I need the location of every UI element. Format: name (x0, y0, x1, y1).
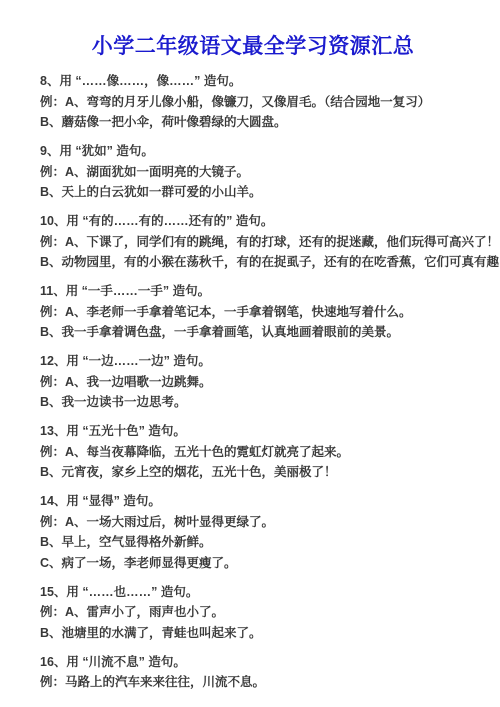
section-15: 15、用 “……也……” 造句。 例：A、雷声小了，雨声也小了。 B、池塘里的水… (40, 582, 466, 644)
section-heading: 10、用 “有的……有的……还有的” 造句。 (40, 211, 466, 232)
section-heading: 16、用 “川流不息” 造句。 (40, 652, 466, 673)
example-line: B、池塘里的水满了，青蛙也叫起来了。 (40, 623, 466, 644)
example-line: B、早上，空气显得格外新鲜。 (40, 532, 466, 553)
example-line: 例：A、一场大雨过后，树叶显得更绿了。 (40, 512, 466, 533)
example-line: 例：A、弯弯的月牙儿像小船，像镰刀，又像眉毛。（结合园地一复习） (40, 92, 466, 113)
example-line: 例：A、下课了，同学们有的跳绳，有的打球，还有的捉迷藏，他们玩得可高兴了！ (40, 232, 466, 253)
section-8: 8、用 “……像……，像……” 造句。 例：A、弯弯的月牙儿像小船，像镰刀，又像… (40, 71, 466, 133)
section-11: 11、用 “一手……一手” 造句。 例：A、李老师一手拿着笔记本，一手拿着钢笔，… (40, 281, 466, 343)
example-line: B、蘑菇像一把小伞，荷叶像碧绿的大圆盘。 (40, 112, 466, 133)
example-line: B、动物园里，有的小猴在荡秋千，有的在捉虱子，还有的在吃香蕉，它们可真有趣！ (40, 252, 466, 273)
section-heading: 9、用 “犹如” 造句。 (40, 141, 466, 162)
section-12: 12、用 “一边……一边” 造句。 例：A、我一边唱歌一边跳舞。 B、我一边读书… (40, 351, 466, 413)
example-line: B、我一边读书一边思考。 (40, 392, 466, 413)
section-heading: 13、用 “五光十色” 造句。 (40, 421, 466, 442)
section-16: 16、用 “川流不息” 造句。 例：马路上的汽车来来往往，川流不息。 (40, 652, 466, 693)
document-page: 小学二年级语文最全学习资源汇总 8、用 “……像……，像……” 造句。 例：A、… (0, 0, 500, 707)
section-heading: 8、用 “……像……，像……” 造句。 (40, 71, 466, 92)
example-line: 例：马路上的汽车来来往往，川流不息。 (40, 672, 466, 693)
example-line: 例：A、我一边唱歌一边跳舞。 (40, 372, 466, 393)
section-heading: 12、用 “一边……一边” 造句。 (40, 351, 466, 372)
example-line: 例：A、李老师一手拿着笔记本，一手拿着钢笔，快速地写着什么。 (40, 302, 466, 323)
section-10: 10、用 “有的……有的……还有的” 造句。 例：A、下课了，同学们有的跳绳，有… (40, 211, 466, 273)
section-14: 14、用 “显得” 造句。 例：A、一场大雨过后，树叶显得更绿了。 B、早上，空… (40, 491, 466, 573)
example-line: 例：A、雷声小了，雨声也小了。 (40, 602, 466, 623)
section-heading: 15、用 “……也……” 造句。 (40, 582, 466, 603)
section-13: 13、用 “五光十色” 造句。 例：A、每当夜幕降临，五光十色的霓虹灯就亮了起来… (40, 421, 466, 483)
example-line: C、病了一场，李老师显得更瘦了。 (40, 553, 466, 574)
section-heading: 14、用 “显得” 造句。 (40, 491, 466, 512)
example-line: B、天上的白云犹如一群可爱的小山羊。 (40, 182, 466, 203)
page-title: 小学二年级语文最全学习资源汇总 (40, 30, 466, 60)
example-line: 例：A、每当夜幕降临，五光十色的霓虹灯就亮了起来。 (40, 442, 466, 463)
example-line: 例：A、湖面犹如一面明亮的大镜子。 (40, 162, 466, 183)
section-heading: 11、用 “一手……一手” 造句。 (40, 281, 466, 302)
section-9: 9、用 “犹如” 造句。 例：A、湖面犹如一面明亮的大镜子。 B、天上的白云犹如… (40, 141, 466, 203)
example-line: B、元宵夜，家乡上空的烟花，五光十色，美丽极了！ (40, 462, 466, 483)
example-line: B、我一手拿着调色盘，一手拿着画笔，认真地画着眼前的美景。 (40, 322, 466, 343)
